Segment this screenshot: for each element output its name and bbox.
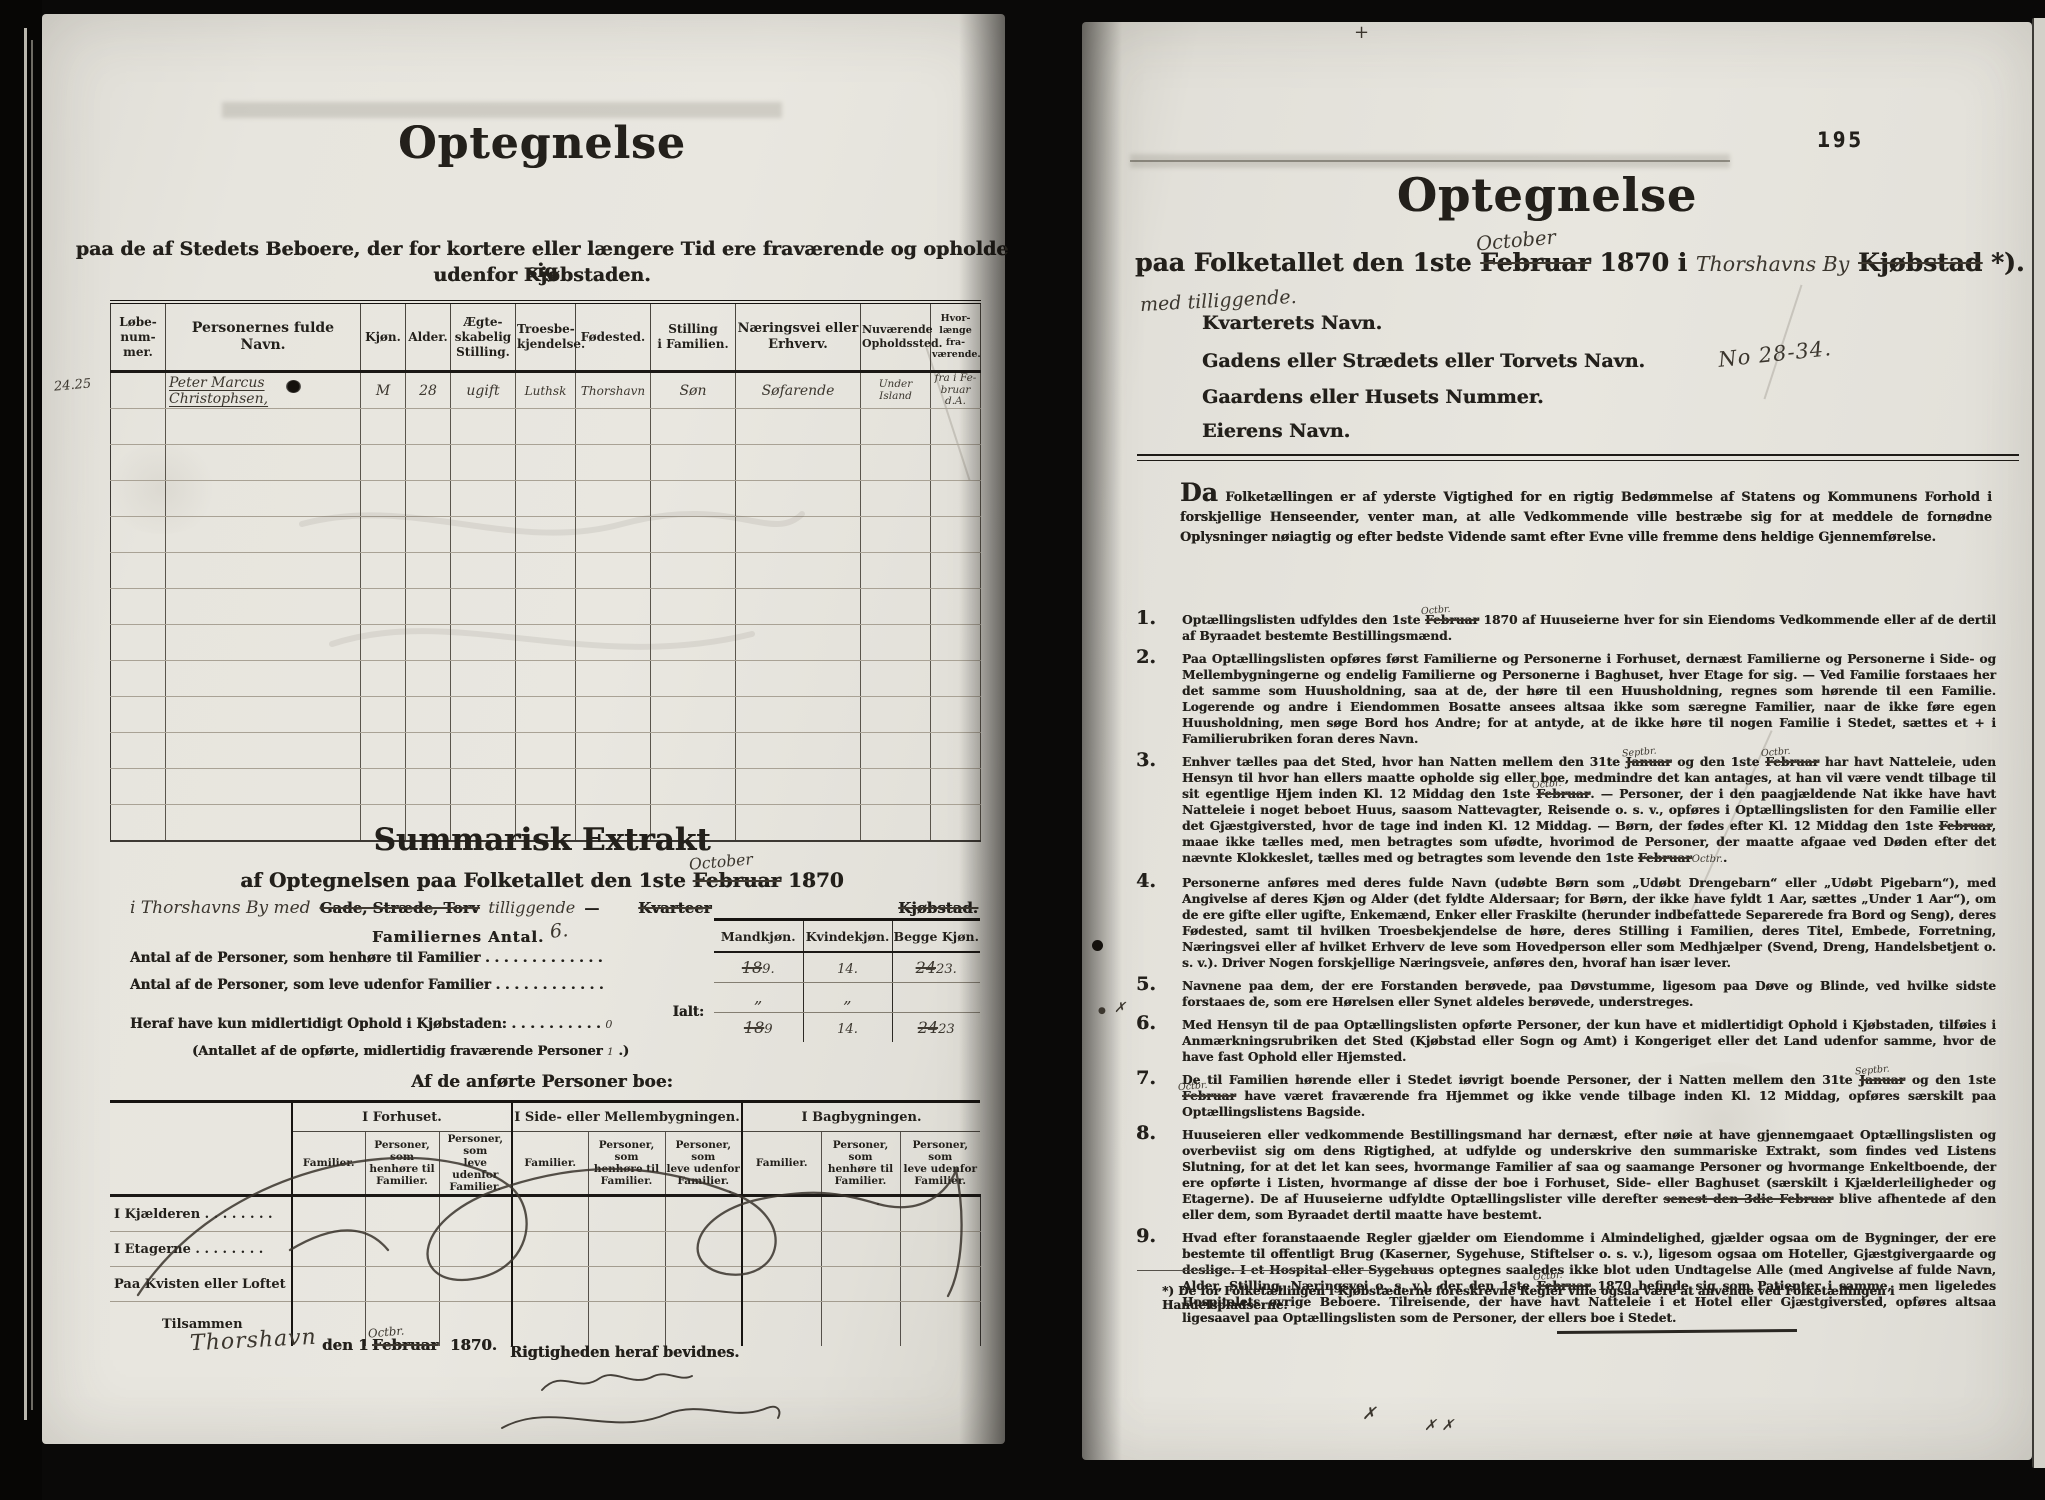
text-segment bbox=[1849, 248, 1858, 277]
cell-creed: Luthsk bbox=[516, 372, 576, 409]
empty-cell bbox=[111, 517, 166, 553]
stats-value: 14. bbox=[803, 1013, 892, 1043]
struck-with-correction: Septbr.Januar bbox=[1859, 1072, 1905, 1088]
heraf-line: Heraf have kun midlertidigt Ophold i Kjø… bbox=[130, 1016, 612, 1032]
struck-with-correction: Octbr.Februar bbox=[1765, 754, 1819, 770]
col-header-navn: Personernes fulde Navn. bbox=[166, 302, 361, 372]
intro-paragraph: Da Folketællingen er af yderste Vigtighe… bbox=[1180, 480, 1992, 548]
struck-with-correction: Octbr.Februar bbox=[1425, 612, 1479, 628]
instruction-item-2: 2.Paa Optællingslisten opføres først Fam… bbox=[1182, 651, 1996, 747]
struck-with-correction: Septbr.Januar bbox=[1626, 754, 1672, 770]
text-segment: Personerne anføres med deres fulde Navn … bbox=[1182, 876, 1996, 970]
col-header-aegteskabelig: Ægte- skabelig Stilling. bbox=[451, 302, 516, 372]
empty-cell bbox=[861, 661, 931, 697]
intro-drop-cap: Da bbox=[1180, 478, 1218, 507]
empty-cell bbox=[576, 409, 651, 445]
stats-row-families: 189. 14. 2423. bbox=[714, 952, 980, 983]
stats-col-begge: Begge Kjøn. bbox=[892, 920, 980, 953]
text-segment: Optællingslisten udfyldes den 1ste bbox=[1182, 613, 1425, 627]
empty-cell bbox=[111, 553, 166, 589]
col-header-fodested: Fødested. bbox=[576, 302, 651, 372]
struck-with-correction: Octbr.Februar bbox=[372, 1336, 438, 1354]
handwritten-text: 23 bbox=[938, 1022, 955, 1037]
text-segment: Enhver tælles paa det Sted, hvor han Nat… bbox=[1182, 755, 1626, 769]
empty-cell bbox=[111, 481, 166, 517]
boe-title: Af de anførte Personer boe: bbox=[107, 1072, 977, 1092]
book-left-edge bbox=[0, 0, 42, 1500]
extract-stats-table: Mandkjøn. Kvindekjøn. Begge Kjøn. 189. 1… bbox=[714, 918, 980, 1042]
margin-cross: ✗ bbox=[1114, 1000, 1126, 1016]
item-number: 2. bbox=[1136, 649, 1156, 665]
struck-gade-straede-torv: Gade, Stræde, Torv bbox=[320, 899, 480, 917]
margin-dot-small: ● bbox=[1098, 1006, 1106, 1016]
empty-cell bbox=[931, 769, 981, 805]
empty-cell bbox=[931, 445, 981, 481]
empty-cell bbox=[451, 445, 516, 481]
property-line: i Thorshavns By med Gade, Stræde, Torv t… bbox=[130, 898, 978, 918]
cell-sex: M bbox=[361, 372, 406, 409]
label-gadens-navn: Gadens eller Strædets eller Torvets Navn… bbox=[1202, 350, 1645, 372]
table-row-empty bbox=[111, 445, 981, 481]
text-segment: af Optegnelsen paa Folketallet den 1ste bbox=[240, 868, 692, 892]
empty-cell bbox=[111, 733, 166, 769]
empty-cell bbox=[111, 697, 166, 733]
instruction-item-8: 8.Huuseieren eller vedkommende Bestillin… bbox=[1182, 1127, 1996, 1223]
empty-cell bbox=[111, 625, 166, 661]
stats-row-outside: „ „ bbox=[714, 983, 980, 1013]
text-segment: Navnene paa dem, der ere Forstanden berø… bbox=[1182, 979, 1996, 1009]
col-header-troesbekjendelse: Troesbe- kjendelse. bbox=[516, 302, 576, 372]
col-header-kjon: Kjøn. bbox=[361, 302, 406, 372]
item-number: 3. bbox=[1136, 752, 1156, 768]
handwritten-text: 23. bbox=[936, 962, 957, 977]
empty-cell bbox=[516, 445, 576, 481]
book-right-edge bbox=[2032, 18, 2045, 1468]
section-divider bbox=[1137, 454, 2019, 461]
top-pen-mark: + bbox=[1354, 22, 1369, 43]
item-number: 4. bbox=[1136, 873, 1156, 889]
empty-cell bbox=[576, 445, 651, 481]
empty-cell bbox=[406, 769, 451, 805]
cell-occupation: Søfarende bbox=[736, 372, 861, 409]
handwritten-tilliggende: tilliggende bbox=[488, 898, 575, 917]
text-segment: De til Familien hørende eller i Stedet i… bbox=[1182, 1073, 1859, 1087]
families-label: Familiernes Antal. bbox=[372, 928, 544, 946]
bottom-pen-mark: ✗ ✗ bbox=[1424, 1416, 1454, 1434]
stats-row1-label: Antal af de Personer, som henhøre til Fa… bbox=[130, 950, 603, 966]
empty-cell bbox=[651, 445, 736, 481]
bottom-pen-mark: ✗ bbox=[1362, 1404, 1376, 1424]
col-header-opholdssted: Nuværende Opholdssted. bbox=[861, 302, 931, 372]
label-gaardens-nummer: Gaardens eller Husets Nummer. bbox=[1202, 386, 1544, 408]
label-eierens-navn: Eierens Navn. bbox=[1202, 420, 1350, 442]
empty-cell bbox=[931, 625, 981, 661]
ink-blot bbox=[286, 380, 301, 393]
right-page: + 195 Optegnelse paa Folketallet den 1st… bbox=[1082, 22, 2032, 1460]
handwritten-text: 14. bbox=[837, 962, 858, 977]
struck-kjobstad: Kjøbstad. bbox=[898, 899, 978, 917]
empty-cell bbox=[361, 445, 406, 481]
handwritten-correction: Octbr. bbox=[1532, 776, 1563, 795]
handwritten-name: Peter Marcus Christophsen, bbox=[169, 375, 268, 407]
empty-cell bbox=[166, 769, 361, 805]
struck-with-correction: Octbr.Februar bbox=[1536, 786, 1590, 802]
empty-cell bbox=[361, 409, 406, 445]
page-number: 195 bbox=[1817, 128, 1864, 152]
empty-cell bbox=[651, 409, 736, 445]
handwritten-text: Octbr. bbox=[1692, 854, 1723, 865]
empty-cell bbox=[516, 409, 576, 445]
struck-text: Februar bbox=[1638, 851, 1692, 865]
instruction-item-1: 1.Optællingslisten udfyldes den 1ste Oct… bbox=[1182, 612, 1996, 644]
text-segment: Heraf have kun midlertidigt Ophold i Kjø… bbox=[130, 1016, 605, 1032]
item-number: 6. bbox=[1136, 1015, 1156, 1031]
text-segment: paa Folketallet den 1ste bbox=[1135, 248, 1480, 277]
extract-title: Summarisk Extrakt bbox=[107, 822, 977, 858]
bleedthrough-ghost bbox=[222, 102, 782, 118]
footnote: *) De for Folketællingen i Kjøbstæderne … bbox=[1162, 1284, 1996, 1312]
text-segment: (Antallet af de opførte, midlertidig fra… bbox=[192, 1044, 607, 1059]
register-table-head: Løbe- num- mer. Personernes fulde Navn. … bbox=[111, 302, 981, 372]
empty-cell bbox=[406, 409, 451, 445]
instruction-list: 1.Optællingslisten udfyldes den 1ste Oct… bbox=[1182, 612, 1996, 1333]
page-stack-line bbox=[31, 40, 33, 1410]
header-row: Løbe- num- mer. Personernes fulde Navn. … bbox=[111, 302, 981, 372]
col-header-stilling: Stilling i Familien. bbox=[651, 302, 736, 372]
empty-cell bbox=[931, 661, 981, 697]
struck-text: 24 bbox=[916, 958, 936, 977]
empty-cell bbox=[861, 517, 931, 553]
struck-with-correction: Octbr.Februar bbox=[1182, 1088, 1236, 1104]
empty-cell bbox=[861, 481, 931, 517]
struck-text: senest den 3die Februar bbox=[1663, 1192, 1833, 1206]
handwritten-signature bbox=[482, 1366, 792, 1446]
empty-cell bbox=[861, 409, 931, 445]
stats-ialt-label: Ialt: bbox=[608, 1004, 704, 1020]
stats-row-total: 189 14. 2423 bbox=[714, 1013, 980, 1043]
empty-cell bbox=[576, 769, 651, 805]
handwritten-correction: Octbr. bbox=[367, 1323, 404, 1340]
handwritten-property: i Thorshavns By med bbox=[130, 898, 311, 918]
text-segment: *). bbox=[1982, 248, 2024, 277]
struck-text: 24 bbox=[918, 1018, 938, 1037]
handwritten-correction: Octbr. bbox=[1761, 744, 1792, 763]
left-page: Optegnelse paa de af Stedets Beboere, de… bbox=[42, 14, 1005, 1444]
empty-cell bbox=[166, 445, 361, 481]
cell-name: Peter Marcus Christophsen, bbox=[166, 372, 361, 409]
struck-kvarteer: Kvarteer bbox=[638, 899, 711, 917]
cell-family-position: Søn bbox=[651, 372, 736, 409]
scanned-census-document: { "left": { "title": "Optegnelse", "subt… bbox=[0, 0, 2045, 1500]
handwritten-flourish bbox=[110, 1100, 980, 1320]
cell-marital: ugift bbox=[451, 372, 516, 409]
handwritten-correction: Septbr. bbox=[1855, 1061, 1891, 1080]
margin-dot bbox=[1092, 940, 1103, 951]
table-row-entry: Peter Marcus Christophsen, M 28 ugift Lu… bbox=[111, 372, 981, 409]
families-value: 6. bbox=[549, 919, 569, 943]
footnote-rule bbox=[1137, 1270, 1427, 1271]
empty-cell bbox=[861, 733, 931, 769]
text-segment: Med Hensyn til de paa Optællingslisten o… bbox=[1182, 1018, 1996, 1064]
instruction-item-6: 6.Med Hensyn til de paa Optællingslisten… bbox=[1182, 1017, 1996, 1065]
stats-value: 2423 bbox=[892, 1013, 980, 1043]
col-header-alder: Alder. bbox=[406, 302, 451, 372]
handwritten-correction: Octbr. bbox=[1177, 1078, 1208, 1097]
text-segment: .) bbox=[614, 1044, 629, 1059]
struck-with-correction: OctoberFebruar bbox=[1480, 248, 1591, 277]
struck-with-correction: OctoberFebruar bbox=[693, 868, 781, 892]
empty-cell bbox=[361, 769, 406, 805]
page-title: Optegnelse bbox=[92, 118, 992, 169]
empty-cell bbox=[861, 589, 931, 625]
page-subtitle-line2: udenfor Kjøbstaden. bbox=[72, 264, 1012, 286]
stats-value: 2423. bbox=[892, 952, 980, 983]
stats-value: 14. bbox=[803, 952, 892, 983]
item-number: 9. bbox=[1136, 1228, 1156, 1244]
item-number: 5. bbox=[1136, 976, 1156, 992]
empty-cell bbox=[931, 409, 981, 445]
cell-lobenummer bbox=[111, 372, 166, 409]
stats-value: 189. bbox=[714, 952, 803, 983]
instruction-item-4: 4.Personerne anføres med deres fulde Nav… bbox=[1182, 875, 1996, 971]
stats-col-mandkjon: Mandkjøn. bbox=[714, 920, 803, 953]
antallet-line: (Antallet af de opførte, midlertidig fra… bbox=[192, 1044, 629, 1059]
instruction-item-7: 7.De til Familien hørende eller i Stedet… bbox=[1182, 1072, 1996, 1120]
empty-cell bbox=[861, 553, 931, 589]
empty-cell bbox=[111, 769, 166, 805]
stats-value: „ bbox=[803, 983, 892, 1013]
text-segment: og den 1ste bbox=[1671, 755, 1765, 769]
empty-cell bbox=[736, 445, 861, 481]
margin-note: 24.25 bbox=[53, 376, 91, 394]
empty-cell bbox=[931, 733, 981, 769]
stats-row2-label: Antal af de Personer, som leve udenfor F… bbox=[130, 977, 604, 993]
empty-cell bbox=[931, 553, 981, 589]
empty-cell bbox=[861, 697, 931, 733]
empty-cell bbox=[111, 409, 166, 445]
text-segment: 1870 i bbox=[1591, 248, 1696, 277]
cell-whereabouts: Under Island bbox=[861, 372, 931, 409]
empty-cell bbox=[111, 661, 166, 697]
extract-subtitle: af Optegnelsen paa Folketallet den 1ste … bbox=[107, 868, 977, 892]
handwritten-text: 9. bbox=[762, 962, 775, 977]
cell-age: 28 bbox=[406, 372, 451, 409]
col-header-naeringsvei: Næringsvei eller Erhverv. bbox=[736, 302, 861, 372]
intro-text: Folketællingen er af yderste Vigtighed f… bbox=[1180, 490, 1992, 545]
empty-cell bbox=[861, 445, 931, 481]
struck-text: 18 bbox=[744, 1018, 764, 1037]
struck-text: Kjøbstad bbox=[1858, 248, 1982, 277]
table-row-empty bbox=[111, 769, 981, 805]
text-segment: og den 1ste bbox=[1905, 1073, 1996, 1087]
empty-cell bbox=[406, 445, 451, 481]
empty-cell bbox=[516, 769, 576, 805]
handwritten-text: 0 bbox=[605, 1018, 612, 1031]
ghost-strike bbox=[1130, 160, 1730, 162]
stats-header-row: Mandkjøn. Kvindekjøn. Begge Kjøn. bbox=[714, 920, 980, 953]
instruction-item-5: 5.Navnene paa dem, der ere Forstanden be… bbox=[1182, 978, 1996, 1010]
empty-cell bbox=[736, 769, 861, 805]
empty-cell bbox=[111, 589, 166, 625]
empty-cell bbox=[931, 517, 981, 553]
text-segment: 1870 bbox=[781, 868, 844, 892]
col-header-lobenummer: Løbe- num- mer. bbox=[111, 302, 166, 372]
cell-birthplace: Thorshavn bbox=[576, 372, 651, 409]
handwritten-text: 14. bbox=[837, 1022, 858, 1037]
page-title: Optegnelse bbox=[1107, 168, 1987, 222]
attest-line: Rigtigheden heraf bevidnes. bbox=[510, 1344, 739, 1361]
handwritten-correction: Octbr. bbox=[1420, 602, 1451, 621]
cell-how-long: fra i Fe- bruar d.A. bbox=[931, 372, 981, 409]
empty-cell bbox=[736, 409, 861, 445]
stats-value bbox=[892, 983, 980, 1013]
label-kvarterets-navn: Kvarterets Navn. bbox=[1202, 312, 1382, 334]
signature-year: 1870. bbox=[450, 1336, 497, 1354]
empty-cell bbox=[451, 409, 516, 445]
signature-den: den 1 bbox=[322, 1336, 369, 1354]
empty-cell bbox=[931, 481, 981, 517]
empty-cell bbox=[651, 769, 736, 805]
stats-value: „ bbox=[714, 983, 803, 1013]
dash: — bbox=[584, 899, 599, 917]
item-number: 7. bbox=[1136, 1070, 1156, 1086]
empty-cell bbox=[931, 589, 981, 625]
page-stack-line bbox=[24, 28, 27, 1420]
instruction-item-3: 3.Enhver tælles paa det Sted, hvor han N… bbox=[1182, 754, 1996, 868]
signature-month: Octbr.Februar bbox=[372, 1336, 438, 1354]
signature-place: Thorshavn bbox=[189, 1325, 317, 1357]
empty-cell bbox=[861, 625, 931, 661]
empty-cell bbox=[166, 409, 361, 445]
text-segment: Paa Optællingslisten opføres først Famil… bbox=[1182, 652, 1996, 746]
struck-text: Februar bbox=[1939, 819, 1992, 833]
handwritten-text: 1 bbox=[607, 1045, 614, 1058]
table-row-empty bbox=[111, 409, 981, 445]
empty-cell bbox=[931, 697, 981, 733]
dateline: paa Folketallet den 1ste OctoberFebruar … bbox=[1135, 248, 2025, 277]
empty-cell bbox=[861, 769, 931, 805]
text-segment: have været fraværende fra Hjemmet og ikk… bbox=[1182, 1089, 1996, 1119]
handwritten-correction: Septbr. bbox=[1621, 743, 1657, 762]
struck-text: 18 bbox=[742, 958, 762, 977]
bleedthrough-squiggle bbox=[292, 484, 812, 744]
stats-value: 189 bbox=[714, 1013, 803, 1043]
stats-col-kvindekjon: Kvindekjøn. bbox=[803, 920, 892, 953]
handwritten-text: 9 bbox=[764, 1022, 772, 1037]
empty-cell bbox=[111, 445, 166, 481]
handwritten-text: Thorshavns By bbox=[1696, 252, 1849, 276]
text-segment: . bbox=[1723, 851, 1727, 865]
item-number: 8. bbox=[1136, 1125, 1156, 1141]
item-number: 1. bbox=[1136, 610, 1156, 626]
empty-cell bbox=[451, 769, 516, 805]
